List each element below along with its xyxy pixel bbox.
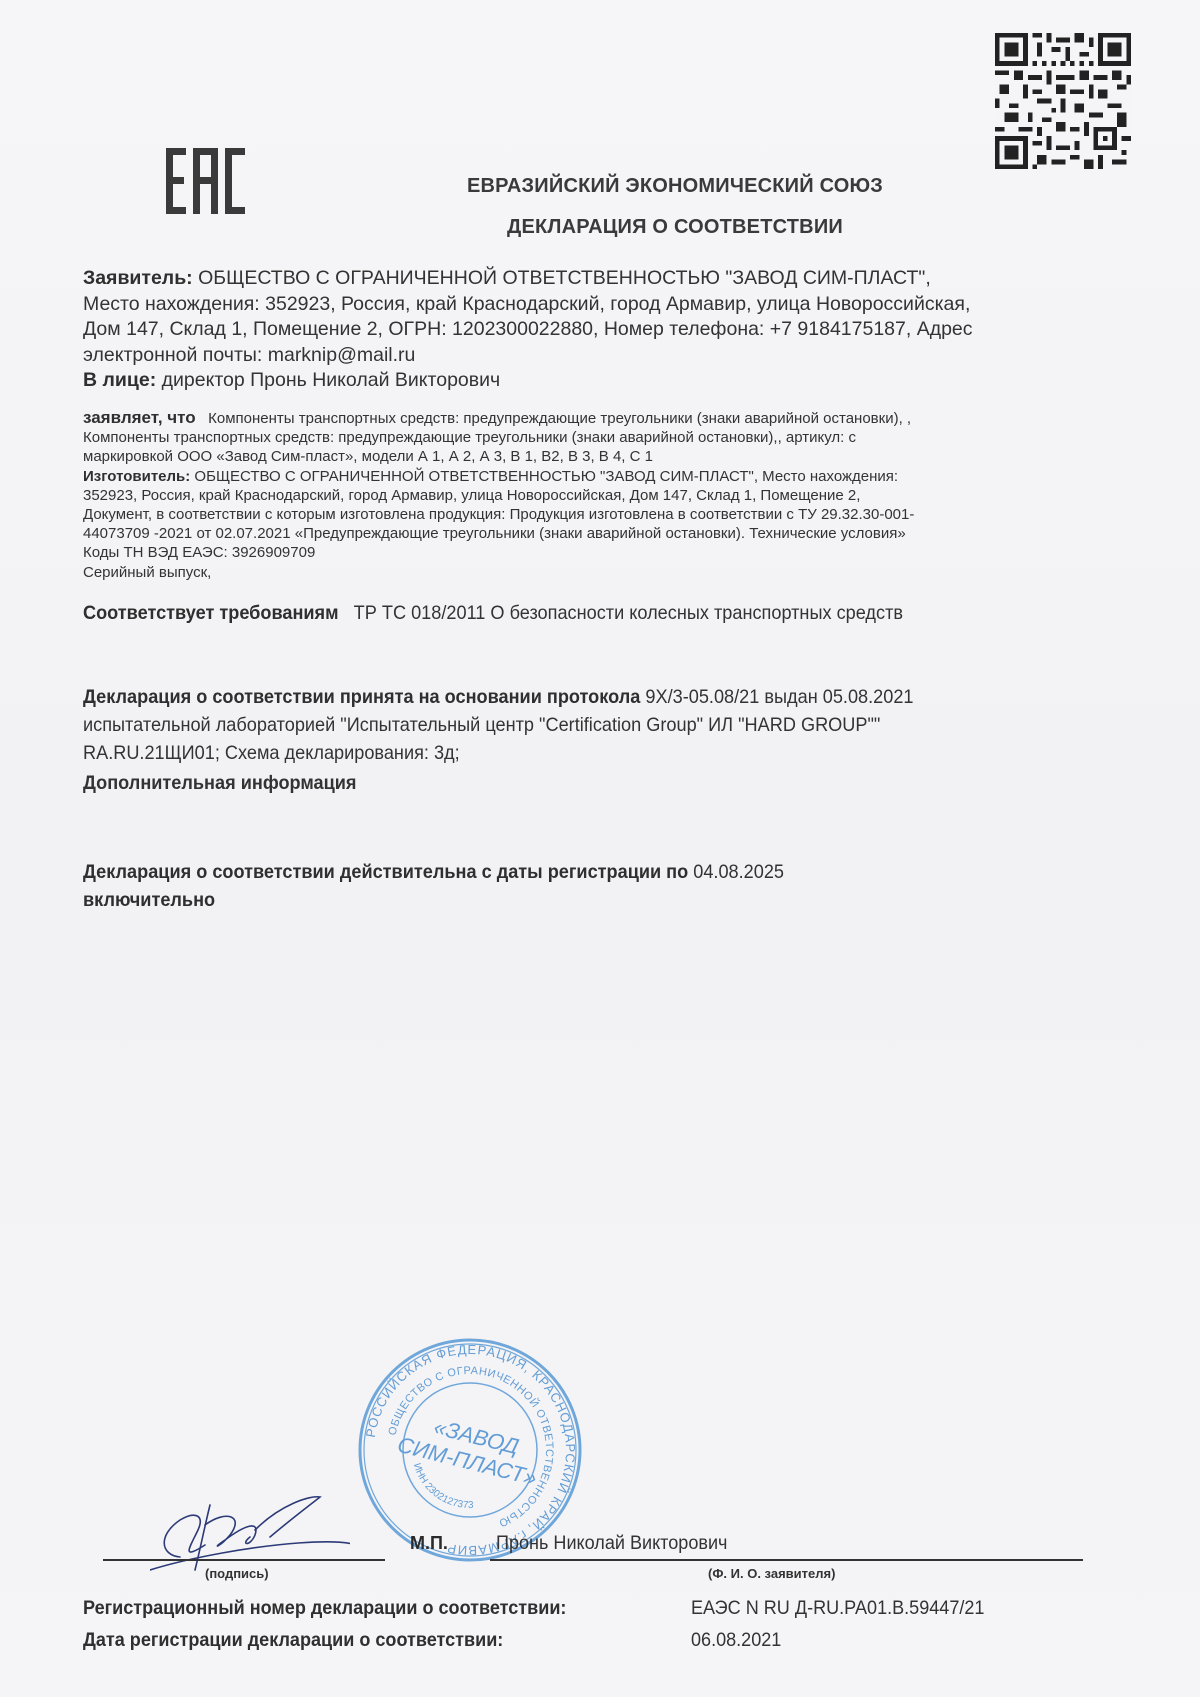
compliance-value: ТР ТС 018/2011 О безопасности колесных т… [354,602,903,624]
validity-suffix: включительно [83,886,1041,914]
name-caption: (Ф. И. О. заявителя) [708,1566,835,1581]
signer-name: Пронь Николай Викторович [496,1533,727,1555]
applicant-line-3: Дом 147, Склад 1, Помещение 2, ОГРН: 120… [83,317,1113,343]
codes-line: Коды ТН ВЭД ЕАЭС: 3926909709 [83,543,1113,562]
registration-date-value: 06.08.2021 [691,1625,781,1657]
document-title: ДЕКЛАРАЦИЯ О СООТВЕТСТВИИ [0,216,1200,239]
union-title: ЕВРАЗИЙСКИЙ ЭКОНОМИЧЕСКИЙ СОЮЗ [0,175,1200,198]
declares-line-3: маркировкой ООО «Завод Сим-пласт», модел… [83,447,1113,466]
serial-line: Серийный выпуск, [83,563,1113,582]
basis-line-3: RA.RU.21ЩИ01; Схема декларирования: 3д; [83,739,1041,767]
applicant-section: Заявитель: ОБЩЕСТВО С ОГРАНИЧЕННОЙ ОТВЕТ… [83,266,1113,394]
validity-section: Декларация о соответствии действительна … [83,858,1113,914]
declares-section: заявляет, что Компоненты транспортных ср… [83,408,1113,582]
signature-caption: (подпись) [205,1566,269,1581]
basis-protocol: 9Х/3-05.08/21 выдан 05.08.2021 [640,686,913,708]
signature-icon [150,1475,330,1565]
representative-label: В лице: [83,369,156,391]
declares-line-2: Компоненты транспортных средств: предупр… [83,428,1113,447]
applicant-label: Заявитель: [83,267,193,289]
qr-code-icon [995,33,1131,169]
validity-label: Декларация о соответствии действительна … [83,861,688,883]
manufacturer-line-1: Изготовитель: ОБЩЕСТВО С ОГРАНИЧЕННОЙ ОТ… [83,467,1113,486]
basis-line-2: испытательной лабораторией "Испытательны… [83,711,1041,739]
applicant-line-2: Место нахождения: 352923, Россия, край К… [83,292,1113,318]
compliance-section: Соответствует требованиям ТР ТС 018/2011… [83,599,1113,627]
document-line-2: 44073709 -2021 от 02.07.2021 «Предупрежд… [83,524,1113,543]
basis-section: Декларация о соответствии принята на осн… [83,683,1113,767]
additional-label: Дополнительная информация [83,769,1041,797]
name-line [490,1559,1083,1561]
applicant-line-4: электронной почты: marknip@mail.ru [83,343,1113,369]
company-stamp: РОССИЙСКАЯ ФЕДЕРАЦИЯ, КРАСНОДАРСКИЙ КРАЙ… [355,1335,585,1565]
applicant-line-1: Заявитель: ОБЩЕСТВО С ОГРАНИЧЕННОЙ ОТВЕТ… [83,266,1113,292]
validity-date: 04.08.2025 [688,861,784,883]
manufacturer-label: Изготовитель: [83,468,190,485]
declares-line-1: заявляет, что Компоненты транспортных ср… [83,408,1113,428]
basis-label: Декларация о соответствии принята на осн… [83,686,640,708]
manufacturer-line-2: 352923, Россия, край Краснодарский, горо… [83,486,1113,505]
registration-number-value: ЕАЭС N RU Д-RU.РА01.В.59447/21 [691,1593,984,1625]
mp-label: М.П. [410,1533,448,1554]
document-line-1: Документ, в соответствии с которым изгот… [83,505,1113,524]
registration-section: Регистрационный номер декларации о соотв… [83,1593,1113,1657]
registration-number-label: Регистрационный номер декларации о соотв… [83,1593,691,1625]
signature-line [103,1559,385,1561]
compliance-label: Соответствует требованиям [83,602,339,624]
additional-section: Дополнительная информация [83,769,1113,797]
declares-label: заявляет, что [83,408,196,427]
declaration-page: ЕАС [0,0,1200,1697]
representative-line: В лице: директор Пронь Николай Викторови… [83,368,1113,394]
registration-date-label: Дата регистрации декларации о соответств… [83,1625,691,1657]
